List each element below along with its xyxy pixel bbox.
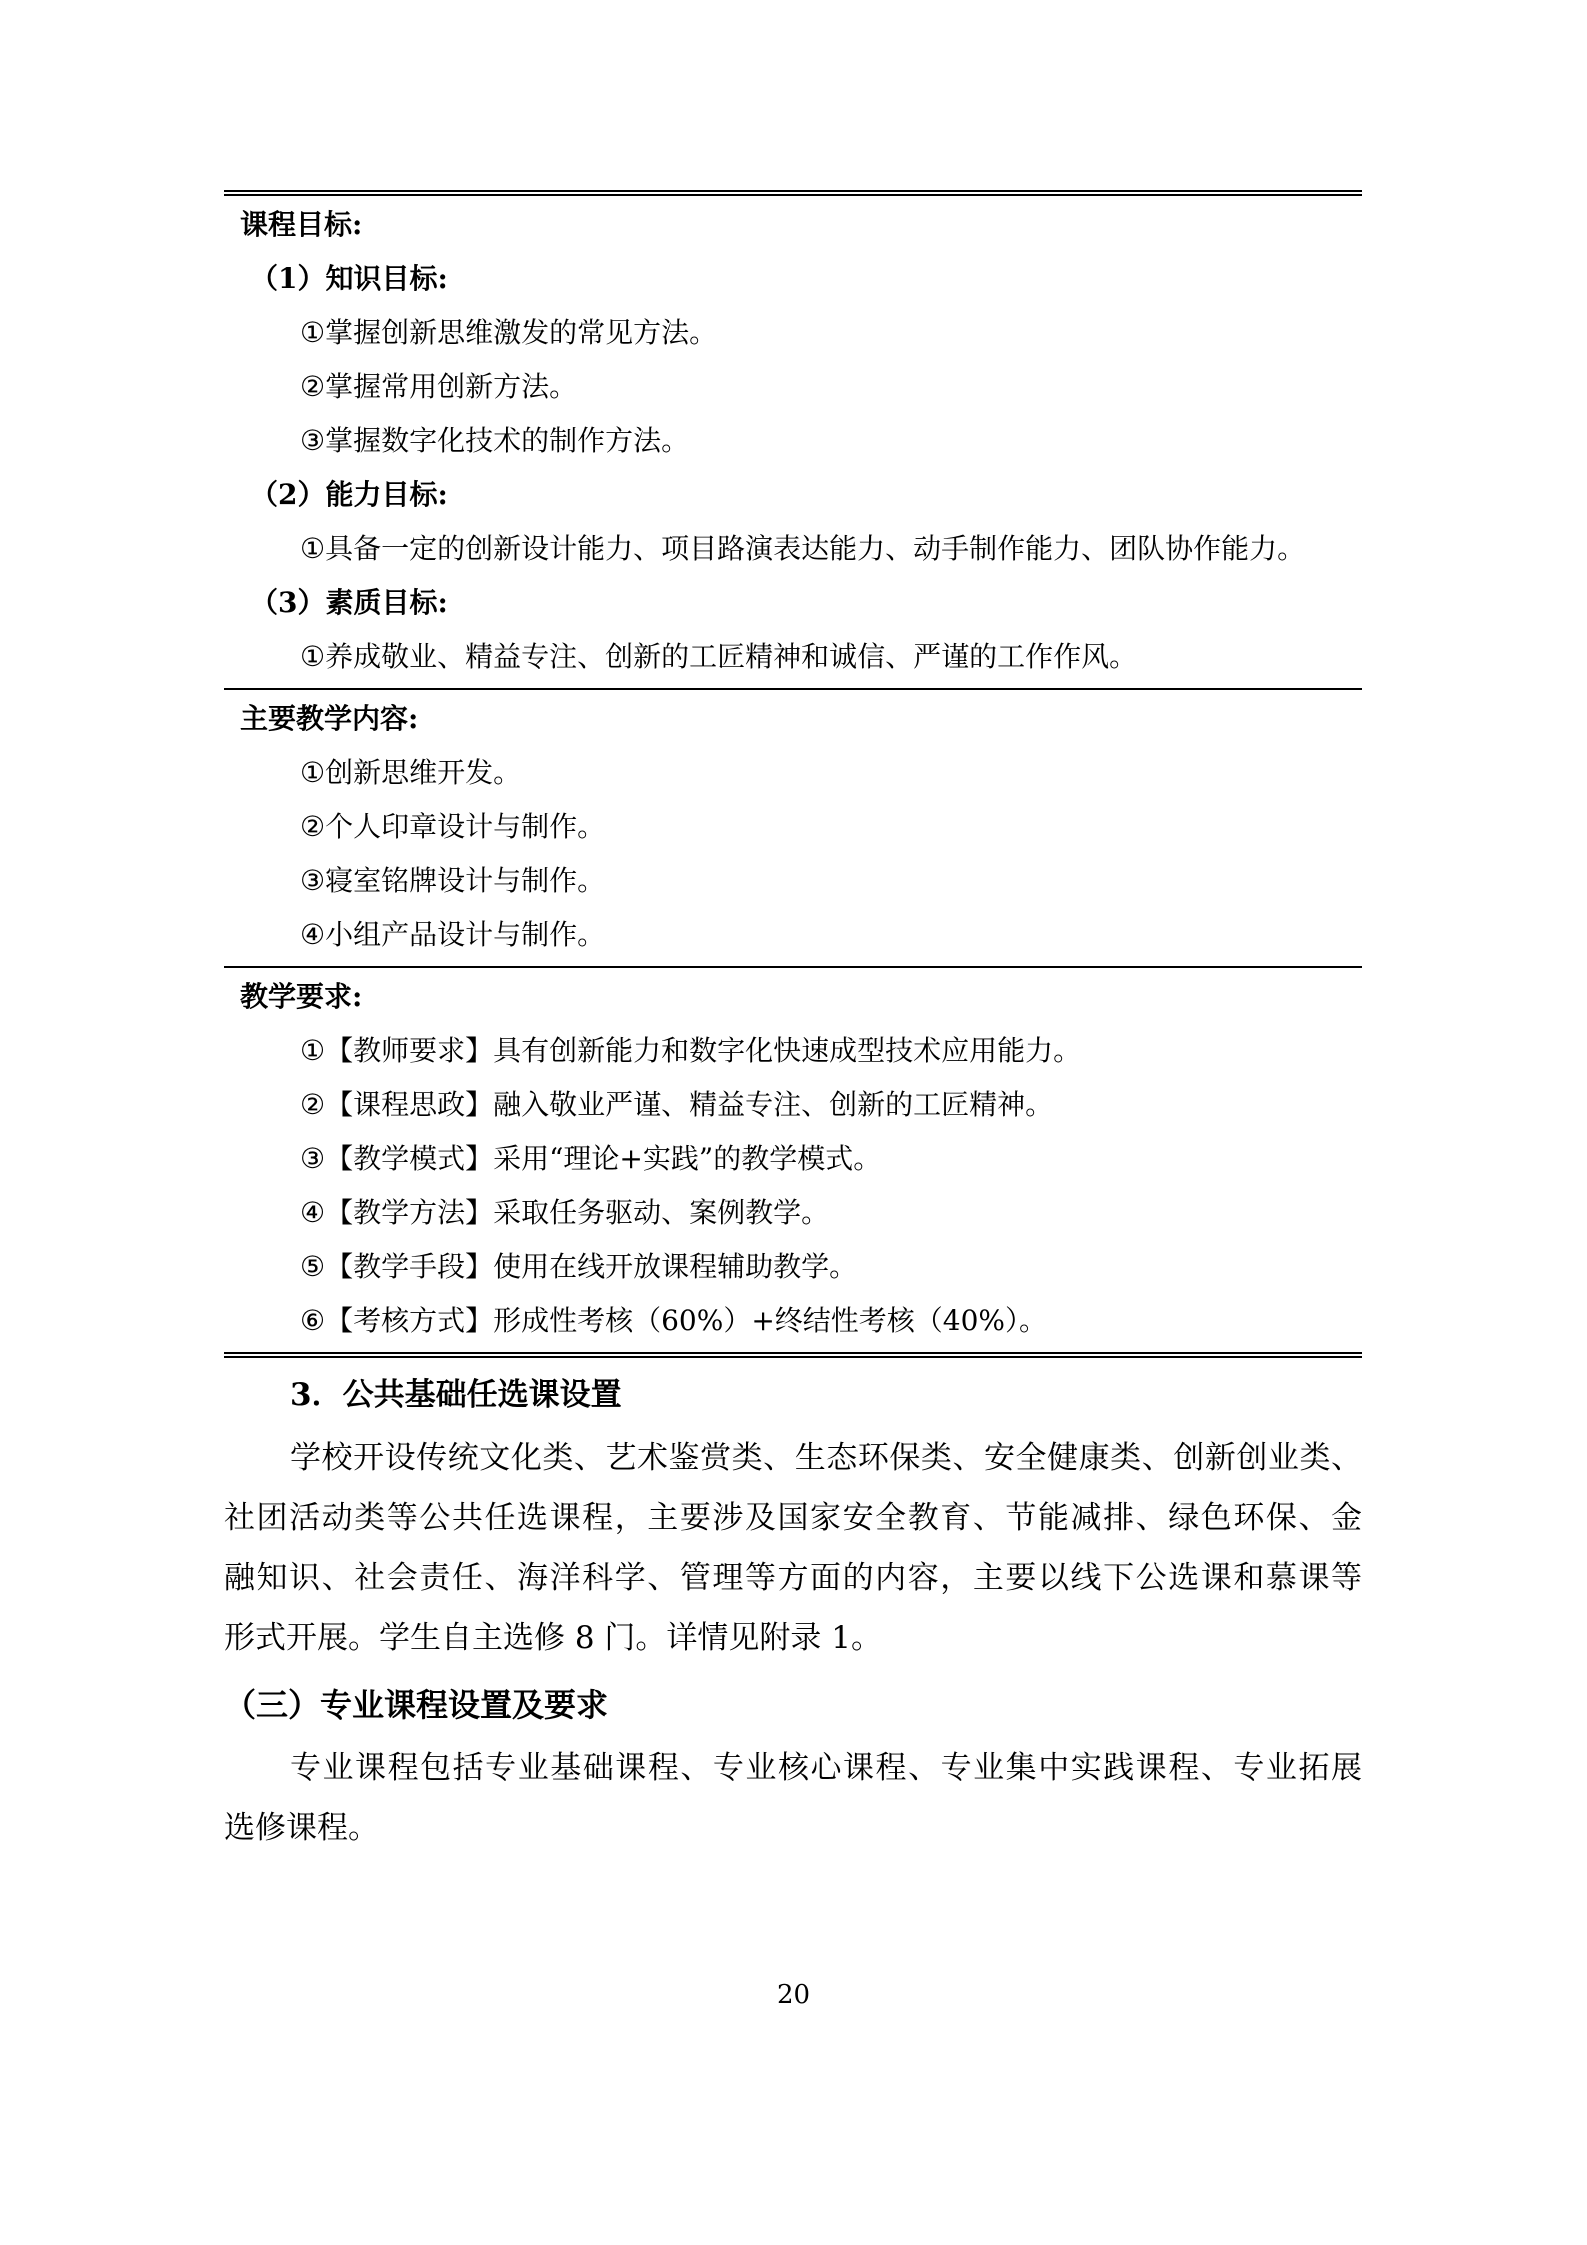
course-objectives-label: 课程目标: — [224, 198, 1362, 252]
list-item: ②掌握常用创新方法。 — [224, 360, 1362, 414]
list-item: ⑤【教学手段】使用在线开放课程辅助教学。 — [224, 1240, 1362, 1294]
list-item: ③掌握数字化技术的制作方法。 — [224, 414, 1362, 468]
list-item: ①创新思维开发。 — [224, 746, 1362, 800]
paragraph-line: 专业课程包括专业基础课程、专业核心课程、专业集中实践课程、专业拓展 — [224, 1738, 1362, 1798]
paragraph-public-elective: 学校开设传统文化类、艺术鉴赏类、生态环保类、安全健康类、创新创业类、 社团活动类… — [224, 1428, 1362, 1668]
paragraph-line: 选修课程。 — [224, 1798, 1362, 1858]
list-item: ①【教师要求】具有创新能力和数字化快速成型技术应用能力。 — [224, 1024, 1362, 1078]
list-item: ②个人印章设计与制作。 — [224, 800, 1362, 854]
list-item: ③【教学模式】采用“理论+实践”的教学模式。 — [224, 1132, 1362, 1186]
section-heading-public-elective: 3．公共基础任选课设置 — [224, 1370, 1362, 1420]
document-page: 课程目标: （1）知识目标: ①掌握创新思维激发的常见方法。 ②掌握常用创新方法… — [0, 0, 1587, 2245]
knowledge-objectives-header: （1）知识目标: — [224, 252, 1362, 306]
list-item: ①养成敬业、精益专注、创新的工匠精神和诚信、严谨的工作作风。 — [224, 630, 1362, 684]
list-item: ④【教学方法】采取任务驱动、案例教学。 — [224, 1186, 1362, 1240]
quality-objectives-header: （3）素质目标: — [224, 576, 1362, 630]
ability-objectives-header: （2）能力目标: — [224, 468, 1362, 522]
paragraph-line: 社团活动类等公共任选课程，主要涉及国家安全教育、节能减排、绿色环保、金 — [224, 1488, 1362, 1548]
table-row-course-objectives: 课程目标: （1）知识目标: ①掌握创新思维激发的常见方法。 ②掌握常用创新方法… — [224, 196, 1362, 688]
list-item: ②【课程思政】融入敬业严谨、精益专注、创新的工匠精神。 — [224, 1078, 1362, 1132]
paragraph-professional-courses: 专业课程包括专业基础课程、专业核心课程、专业集中实践课程、专业拓展 选修课程。 — [224, 1738, 1362, 1858]
table-row-teaching-requirements: 教学要求: ①【教师要求】具有创新能力和数字化快速成型技术应用能力。 ②【课程思… — [224, 968, 1362, 1352]
teaching-requirements-label: 教学要求: — [224, 970, 1362, 1024]
list-item: ①具备一定的创新设计能力、项目路演表达能力、动手制作能力、团队协作能力。 — [224, 522, 1362, 576]
list-item: ⑥【考核方式】形成性考核（60%）+终结性考核（40%）。 — [224, 1294, 1362, 1348]
table-bottom-border — [224, 1352, 1362, 1358]
paragraph-line: 融知识、社会责任、海洋科学、管理等方面的内容，主要以线下公选课和慕课等 — [224, 1548, 1362, 1608]
paragraph-line: 学校开设传统文化类、艺术鉴赏类、生态环保类、安全健康类、创新创业类、 — [224, 1428, 1362, 1488]
list-item: ④小组产品设计与制作。 — [224, 908, 1362, 962]
table-row-teaching-content: 主要教学内容: ①创新思维开发。 ②个人印章设计与制作。 ③寝室铭牌设计与制作。… — [224, 690, 1362, 966]
list-item: ①掌握创新思维激发的常见方法。 — [224, 306, 1362, 360]
section-heading-professional-courses: （三）专业课程设置及要求 — [224, 1680, 1362, 1730]
page-number: 20 — [0, 1980, 1587, 2010]
teaching-content-label: 主要教学内容: — [224, 692, 1362, 746]
list-item: ③寝室铭牌设计与制作。 — [224, 854, 1362, 908]
paragraph-line: 形式开展。学生自主选修 8 门。详情见附录 1。 — [224, 1608, 1362, 1668]
content-column: 课程目标: （1）知识目标: ①掌握创新思维激发的常见方法。 ②掌握常用创新方法… — [224, 190, 1362, 1858]
